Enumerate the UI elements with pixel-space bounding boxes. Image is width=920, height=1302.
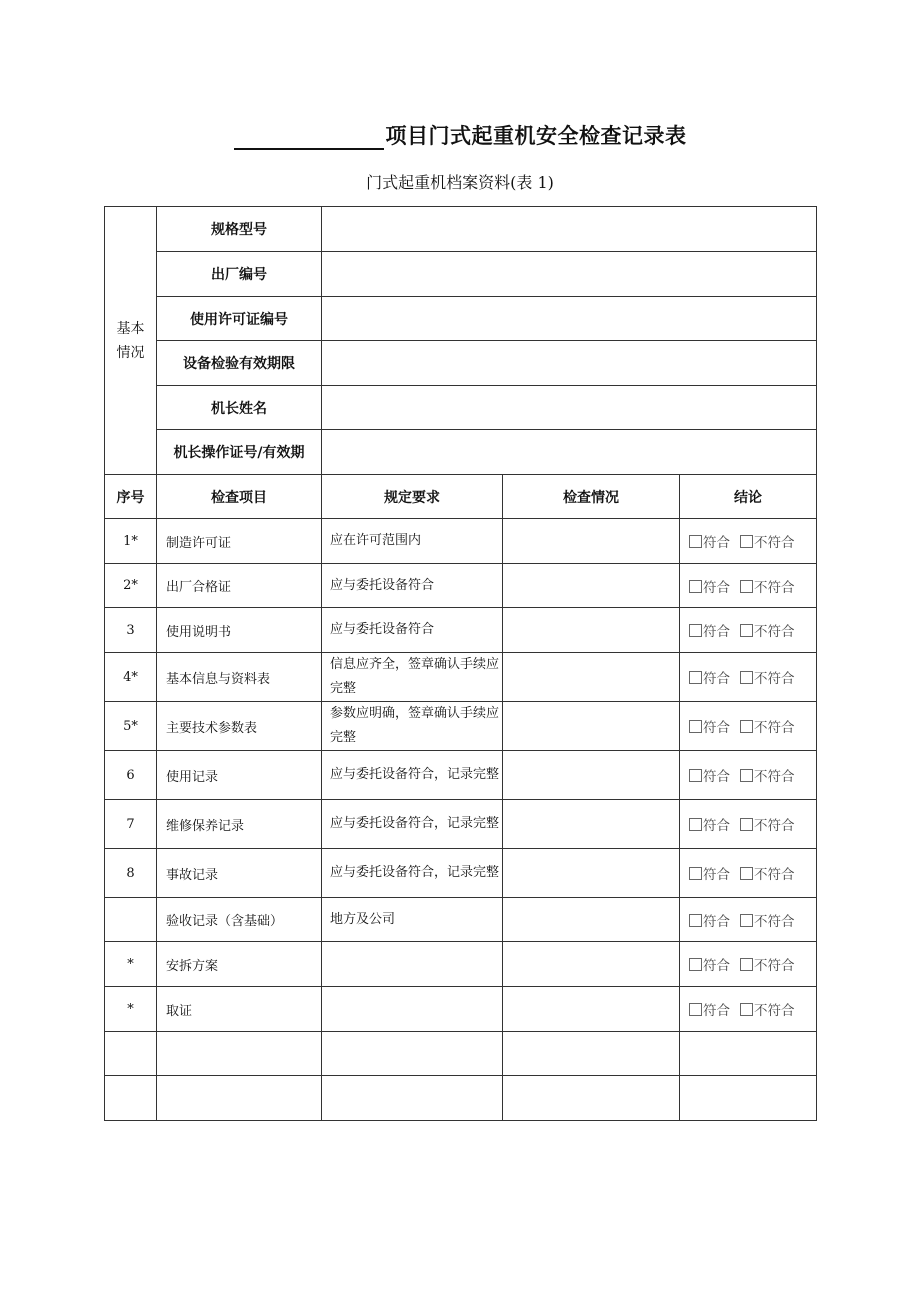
conclusion-cell[interactable] [680,1032,817,1076]
table-row [105,1032,817,1076]
document-subtitle: 门式起重机档案资料(表 1) [0,170,920,193]
inspection-status-cell[interactable] [503,1076,680,1121]
inspection-item: 事故记录 [157,849,322,898]
row-number: 2* [105,564,157,608]
row-number: * [105,987,157,1032]
requirement: 应与委托设备符合，记录完整 [322,800,503,849]
inspection-status-cell[interactable] [503,987,680,1032]
pass-checkbox[interactable]: 符合 [689,1003,730,1019]
checkbox-icon [689,671,702,684]
pass-label: 符合 [703,818,730,834]
conclusion-cell: 符合不符合 [680,653,817,702]
pass-label: 符合 [703,580,730,596]
pass-label: 符合 [703,958,730,974]
project-name-blank[interactable] [234,118,384,150]
pass-checkbox[interactable]: 符合 [689,624,730,640]
field-label: 出厂编号 [157,252,322,297]
pass-label: 符合 [703,671,730,687]
requirement: 应在许可范围内 [322,519,503,564]
pass-label: 符合 [703,720,730,736]
requirement: 应与委托设备符合 [322,564,503,608]
fail-checkbox[interactable]: 不符合 [740,818,795,834]
pass-label: 符合 [703,1003,730,1019]
pass-checkbox[interactable]: 符合 [689,580,730,596]
row-number: 3 [105,608,157,653]
fail-checkbox[interactable]: 不符合 [740,914,795,930]
inspection-item: 使用说明书 [157,608,322,653]
checkbox-icon [689,769,702,782]
inspection-status-cell[interactable] [503,608,680,653]
row-number [105,1076,157,1121]
pass-checkbox[interactable]: 符合 [689,535,730,551]
row-number: 5* [105,702,157,751]
inspection-item: 维修保养记录 [157,800,322,849]
conclusion-cell: 符合不符合 [680,751,817,800]
row-number: 7 [105,800,157,849]
table-row [105,1076,817,1121]
basic-info-row: 机长姓名 [105,386,817,430]
field-label: 机长姓名 [157,386,322,430]
header-conclusion: 结论 [680,475,817,519]
inspection-item [157,1076,322,1121]
table-row: 1*制造许可证应在许可范围内符合不符合 [105,519,817,564]
table-row: 8事故记录应与委托设备符合，记录完整符合不符合 [105,849,817,898]
pass-checkbox[interactable]: 符合 [689,769,730,785]
checkbox-icon [740,671,753,684]
pass-checkbox[interactable]: 符合 [689,720,730,736]
row-number: 1* [105,519,157,564]
checkbox-icon [689,867,702,880]
fail-checkbox[interactable]: 不符合 [740,671,795,687]
row-number: 8 [105,849,157,898]
checkbox-icon [689,1003,702,1016]
fail-checkbox[interactable]: 不符合 [740,720,795,736]
fail-checkbox[interactable]: 不符合 [740,867,795,883]
fail-label: 不符合 [754,867,795,883]
header-no: 序号 [105,475,157,519]
requirement [322,987,503,1032]
field-label: 规格型号 [157,207,322,252]
field-value-inspection-validity[interactable] [322,341,817,386]
table-row: *取证符合不符合 [105,987,817,1032]
inspection-item: 主要技术参数表 [157,702,322,751]
fail-checkbox[interactable]: 不符合 [740,580,795,596]
checkbox-icon [689,914,702,927]
fail-label: 不符合 [754,818,795,834]
conclusion-cell: 符合不符合 [680,702,817,751]
checkbox-icon [740,720,753,733]
fail-label: 不符合 [754,914,795,930]
basic-info-row: 使用许可证编号 [105,297,817,341]
field-value-operator-cert[interactable] [322,430,817,475]
pass-label: 符合 [703,535,730,551]
inspection-item: 基本信息与资料表 [157,653,322,702]
requirement: 应与委托设备符合 [322,608,503,653]
header-requirement: 规定要求 [322,475,503,519]
conclusion-cell: 符合不符合 [680,849,817,898]
row-number [105,1032,157,1076]
checkbox-icon [740,1003,753,1016]
pass-checkbox[interactable]: 符合 [689,958,730,974]
fail-label: 不符合 [754,535,795,551]
inspection-item: 出厂合格证 [157,564,322,608]
checkbox-icon [740,769,753,782]
inspection-item: 使用记录 [157,751,322,800]
fail-label: 不符合 [754,769,795,785]
table-row: 7维修保养记录应与委托设备符合，记录完整符合不符合 [105,800,817,849]
field-label: 使用许可证编号 [157,297,322,341]
requirement [322,942,503,987]
inspection-item: 取证 [157,987,322,1032]
inspection-status-cell[interactable] [503,653,680,702]
row-number [105,898,157,942]
pass-label: 符合 [703,914,730,930]
fail-checkbox[interactable]: 不符合 [740,535,795,551]
fail-label: 不符合 [754,720,795,736]
basic-info-row: 出厂编号 [105,252,817,297]
fail-label: 不符合 [754,1003,795,1019]
fail-checkbox[interactable]: 不符合 [740,769,795,785]
conclusion-cell: 符合不符合 [680,564,817,608]
title-text: 项目门式起重机安全检查记录表 [386,124,687,148]
pass-checkbox[interactable]: 符合 [689,914,730,930]
pass-label: 符合 [703,867,730,883]
basic-info-row: 基本情况 规格型号 [105,207,817,252]
checkbox-icon [740,580,753,593]
checkbox-icon [689,535,702,548]
conclusion-cell: 符合不符合 [680,519,817,564]
checkbox-icon [689,720,702,733]
basic-info-group-label: 基本情况 [105,207,157,475]
requirement [322,1032,503,1076]
field-value-operator-name[interactable] [322,386,817,430]
checkbox-icon [740,624,753,637]
inspection-record-table: 基本情况 规格型号 出厂编号 使用许可证编号 设备检验有效期限 机长姓名 机长操… [104,206,817,1121]
field-value-license-number[interactable] [322,297,817,341]
conclusion-cell[interactable] [680,1076,817,1121]
checkbox-icon [689,580,702,593]
fail-label: 不符合 [754,580,795,596]
basic-info-row: 设备检验有效期限 [105,341,817,386]
checkbox-icon [740,818,753,831]
inspection-status-cell[interactable] [503,564,680,608]
checkbox-icon [740,914,753,927]
inspection-item [157,1032,322,1076]
table-row: 验收记录（含基础）地方及公司符合不符合 [105,898,817,942]
table-row: 5*主要技术参数表参数应明确，签章确认手续应完整符合不符合 [105,702,817,751]
inspection-status-cell[interactable] [503,519,680,564]
conclusion-cell: 符合不符合 [680,898,817,942]
conclusion-cell: 符合不符合 [680,608,817,653]
conclusion-cell: 符合不符合 [680,800,817,849]
fail-label: 不符合 [754,671,795,687]
requirement: 信息应齐全，签章确认手续应完整 [322,653,503,702]
row-number: * [105,942,157,987]
checkbox-icon [689,818,702,831]
fail-label: 不符合 [754,958,795,974]
pass-label: 符合 [703,769,730,785]
checkbox-icon [740,958,753,971]
checkbox-icon [689,958,702,971]
checkbox-icon [689,624,702,637]
fail-checkbox[interactable]: 不符合 [740,624,795,640]
fail-checkbox[interactable]: 不符合 [740,958,795,974]
table-row: 6使用记录应与委托设备符合，记录完整符合不符合 [105,751,817,800]
requirement: 应与委托设备符合，记录完整 [322,849,503,898]
inspection-item: 安拆方案 [157,942,322,987]
field-value-serial-number[interactable] [322,252,817,297]
table-row: 3使用说明书应与委托设备符合符合不符合 [105,608,817,653]
pass-checkbox[interactable]: 符合 [689,867,730,883]
requirement: 参数应明确，签章确认手续应完整 [322,702,503,751]
field-label: 设备检验有效期限 [157,341,322,386]
row-number: 6 [105,751,157,800]
inspection-status-cell[interactable] [503,702,680,751]
inspection-status-cell[interactable] [503,898,680,942]
requirement: 应与委托设备符合，记录完整 [322,751,503,800]
row-number: 4* [105,653,157,702]
table-row: 2*出厂合格证应与委托设备符合符合不符合 [105,564,817,608]
conclusion-cell: 符合不符合 [680,942,817,987]
inspection-status-cell[interactable] [503,849,680,898]
inspection-status-cell[interactable] [503,800,680,849]
requirement [322,1076,503,1121]
inspection-status-cell[interactable] [503,751,680,800]
header-status: 检查情况 [503,475,680,519]
basic-info-row: 机长操作证号/有效期 [105,430,817,475]
checkbox-icon [740,867,753,880]
pass-label: 符合 [703,624,730,640]
inspection-item: 验收记录（含基础） [157,898,322,942]
inspection-status-cell[interactable] [503,942,680,987]
inspection-header-row: 序号 检查项目 规定要求 检查情况 结论 [105,475,817,519]
field-label: 机长操作证号/有效期 [157,430,322,475]
fail-checkbox[interactable]: 不符合 [740,1003,795,1019]
inspection-status-cell[interactable] [503,1032,680,1076]
document-title: 项目门式起重机安全检查记录表 [0,118,920,150]
table-row: 4*基本信息与资料表信息应齐全，签章确认手续应完整符合不符合 [105,653,817,702]
field-value-spec-model[interactable] [322,207,817,252]
pass-checkbox[interactable]: 符合 [689,818,730,834]
conclusion-cell: 符合不符合 [680,987,817,1032]
fail-label: 不符合 [754,624,795,640]
inspection-item: 制造许可证 [157,519,322,564]
pass-checkbox[interactable]: 符合 [689,671,730,687]
table-row: *安拆方案符合不符合 [105,942,817,987]
checkbox-icon [740,535,753,548]
requirement: 地方及公司 [322,898,503,942]
header-item: 检查项目 [157,475,322,519]
